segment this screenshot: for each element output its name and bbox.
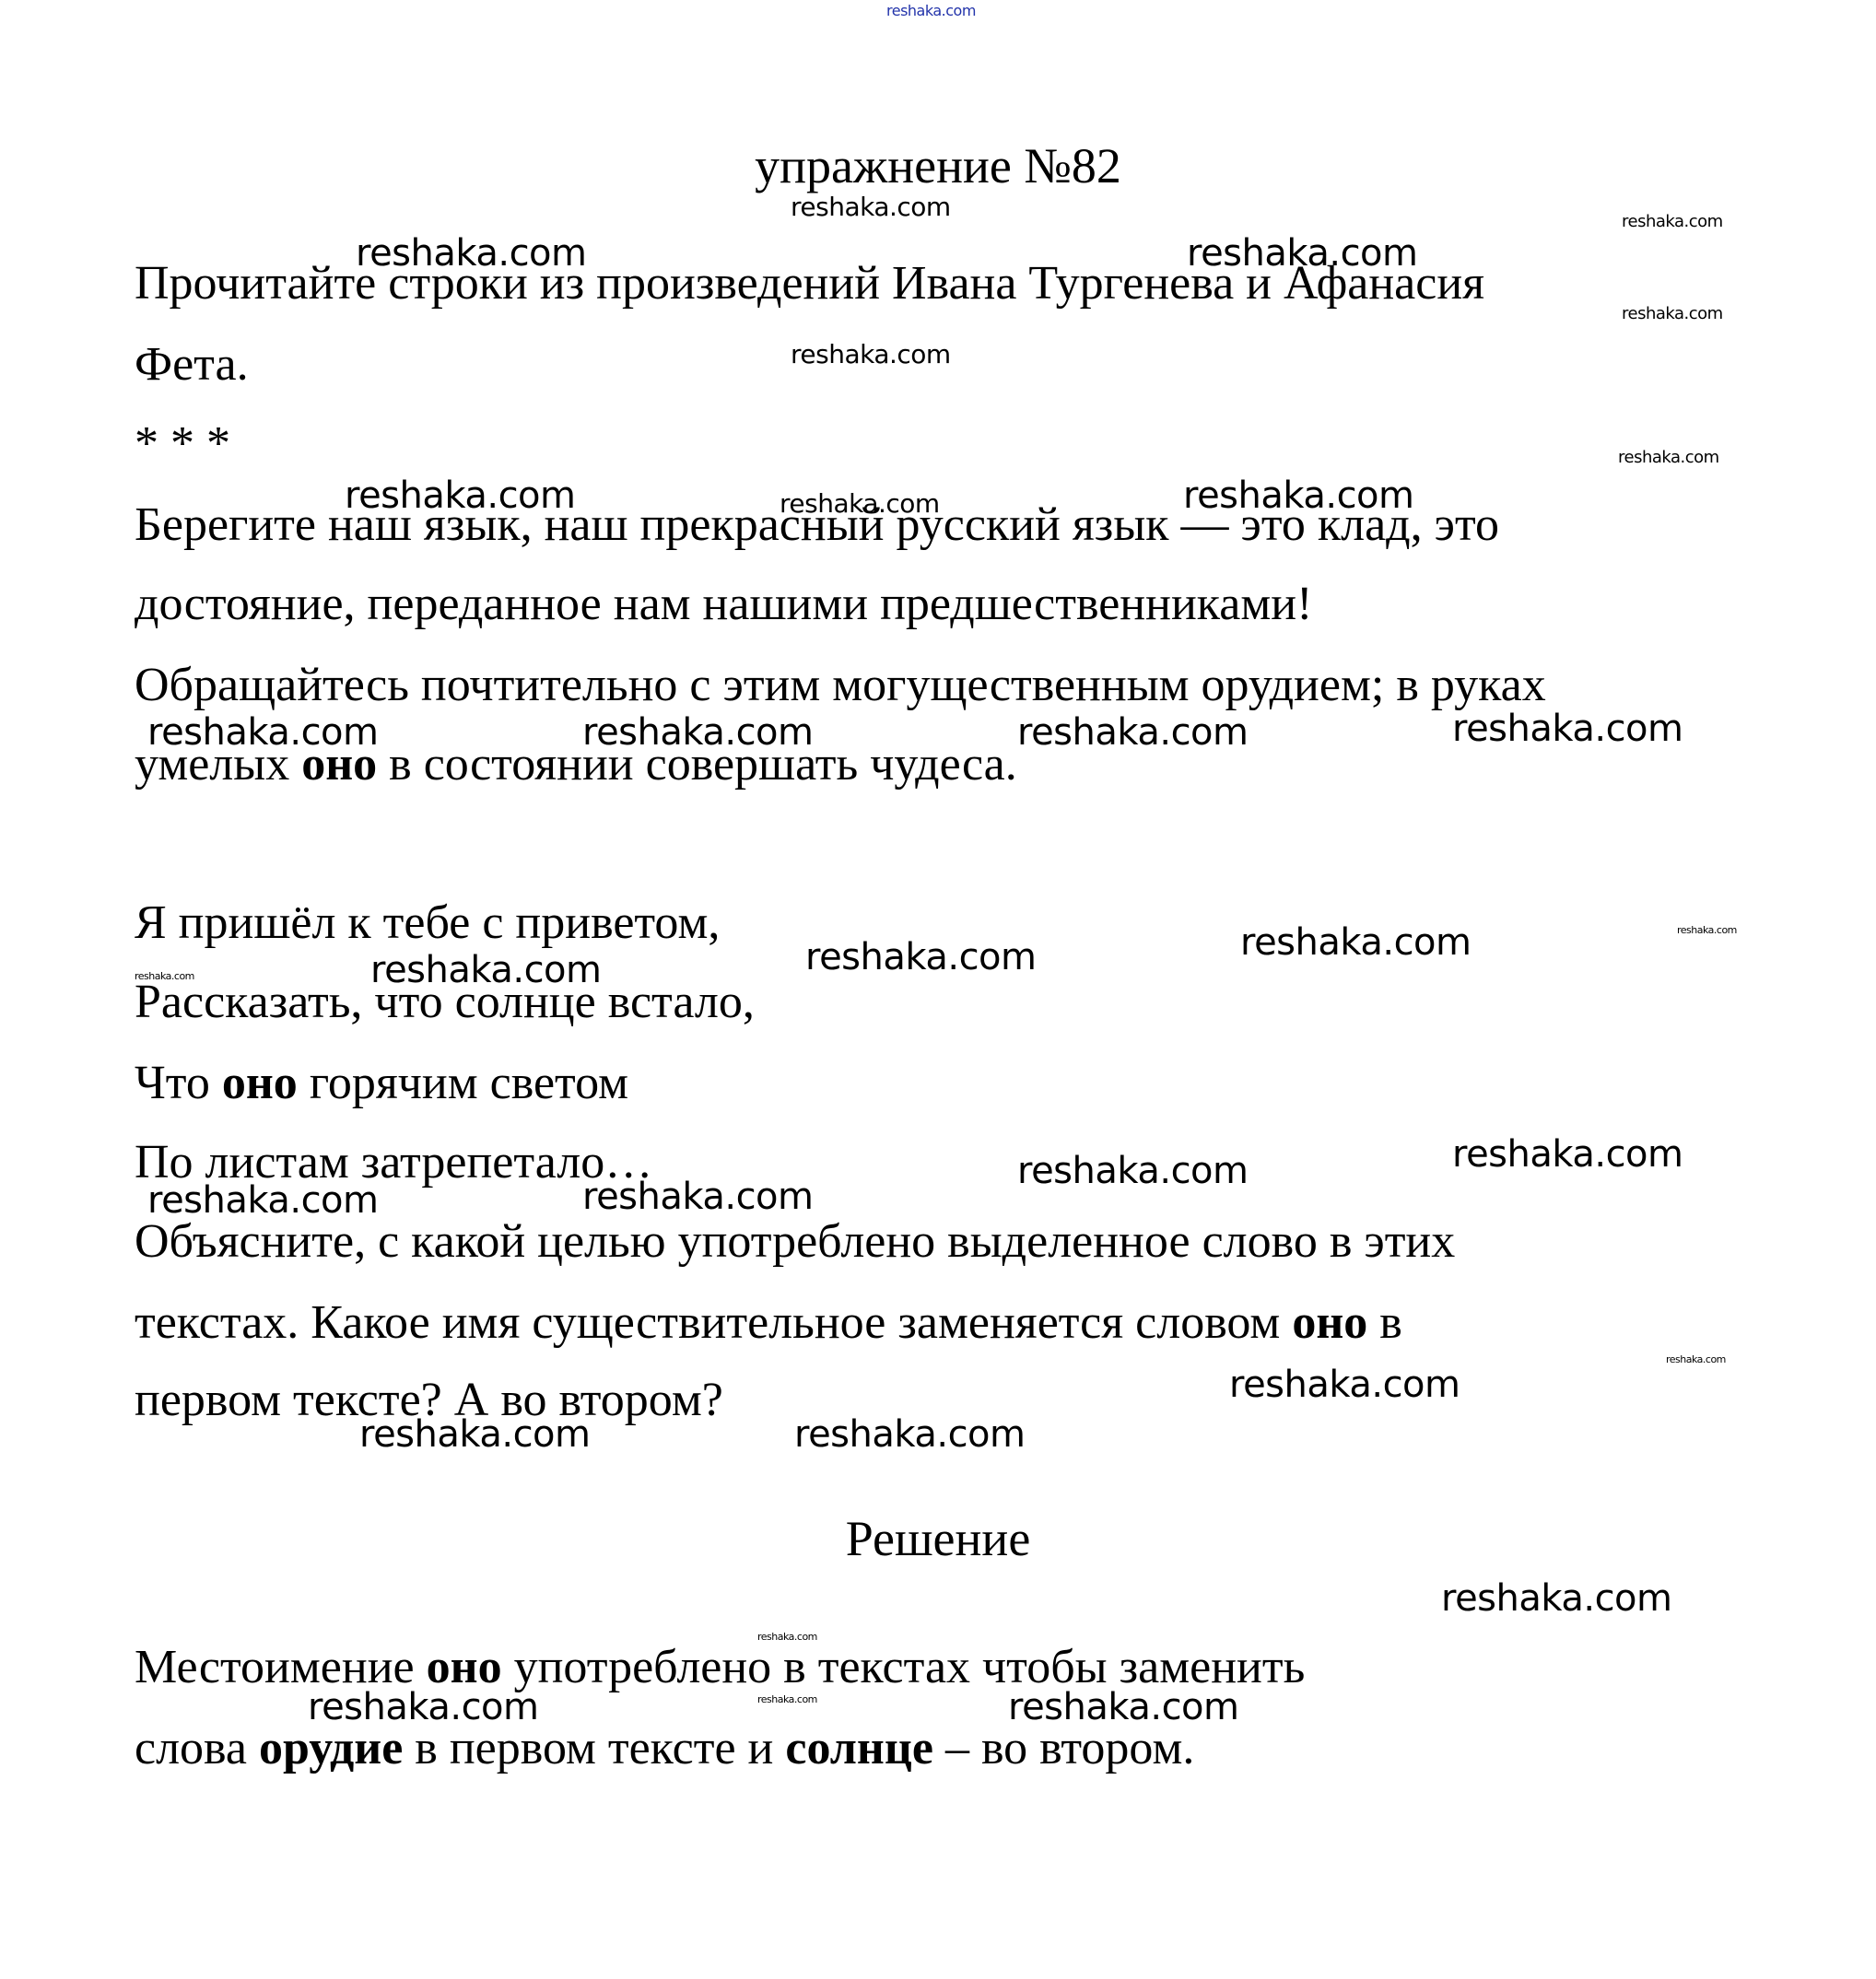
text-span: текстах. Какое имя существительное замен… [135, 1296, 1292, 1349]
solution-heading: Решение [0, 1511, 1876, 1566]
watermark: reshaka.com [1008, 1686, 1239, 1728]
text-span: Я пришёл к тебе с приветом, [135, 896, 720, 949]
watermark: reshaka.com [345, 474, 576, 517]
task-line: Что оно горячим светом [135, 1056, 628, 1111]
task-line: Я пришёл к тебе с приветом, [135, 896, 720, 951]
task-line: Обращайтесь почтительно с этим могуществ… [135, 658, 1546, 713]
text-span: Объясните, с какой целью употреблено выд… [135, 1215, 1455, 1268]
watermark: reshaka.com [805, 936, 1037, 978]
watermark: reshaka.com [1183, 474, 1414, 517]
highlighted-word: солнце [785, 1722, 933, 1774]
text-span: достояние, переданное нам нашими предшес… [135, 578, 1312, 630]
watermark: reshaka.com [582, 1176, 814, 1218]
watermark: reshaka.com [1452, 708, 1683, 750]
highlighted-word: оно [1292, 1296, 1367, 1349]
text-span: Обращайтесь почтительно с этим могуществ… [135, 659, 1546, 711]
watermark: reshaka.com [359, 1413, 591, 1456]
watermark: reshaka.com [757, 1631, 817, 1643]
highlighted-word: оно [222, 1057, 298, 1109]
text-span: в первом тексте и [403, 1722, 785, 1774]
document-page: reshaka.com упражнение №82 Прочитайте ст… [0, 0, 1876, 1979]
highlighted-word: орудие [259, 1722, 403, 1774]
watermark: reshaka.com [1017, 1150, 1249, 1192]
text-span: горячим светом [298, 1057, 628, 1109]
task-line: Объясните, с какой целью употреблено выд… [135, 1214, 1455, 1270]
watermark: reshaka.com [1017, 711, 1249, 754]
watermark: reshaka.com [1666, 1353, 1726, 1365]
watermark: reshaka.com [791, 339, 951, 369]
watermark: reshaka.com [1187, 232, 1418, 275]
watermark: reshaka.com [147, 711, 379, 754]
watermark: reshaka.com [1618, 448, 1719, 467]
watermark: reshaka.com [135, 970, 194, 982]
text-span: в [1367, 1296, 1402, 1349]
text-span: * * * [135, 417, 230, 470]
top-watermark: reshaka.com [886, 2, 976, 19]
watermark: reshaka.com [1622, 212, 1723, 231]
watermark: reshaka.com [582, 711, 814, 754]
watermark: reshaka.com [1441, 1577, 1672, 1620]
text-span: Что [135, 1057, 222, 1109]
watermark: reshaka.com [1240, 921, 1471, 964]
watermark: reshaka.com [1229, 1364, 1460, 1406]
watermark: reshaka.com [1677, 924, 1737, 936]
watermark: reshaka.com [791, 192, 951, 222]
watermark: reshaka.com [370, 949, 602, 991]
task-line: текстах. Какое имя существительное замен… [135, 1295, 1402, 1351]
task-line: Фета. [135, 337, 249, 392]
solution-line: слова орудие в первом тексте и солнце – … [135, 1721, 1194, 1776]
watermark: reshaka.com [757, 1693, 817, 1705]
text-span: Фета. [135, 338, 249, 391]
watermark: reshaka.com [356, 232, 587, 275]
watermark: reshaka.com [780, 488, 940, 519]
watermark: reshaka.com [308, 1686, 539, 1728]
watermark: reshaka.com [147, 1179, 379, 1222]
watermark: reshaka.com [794, 1413, 1026, 1456]
text-span: – во втором. [933, 1722, 1194, 1774]
exercise-title: упражнение №82 [0, 138, 1876, 193]
watermark: reshaka.com [1452, 1133, 1683, 1176]
watermark: reshaka.com [1622, 304, 1723, 323]
task-line: * * * [135, 416, 230, 472]
task-line: достояние, переданное нам нашими предшес… [135, 577, 1312, 632]
text-span: слова [135, 1722, 259, 1774]
